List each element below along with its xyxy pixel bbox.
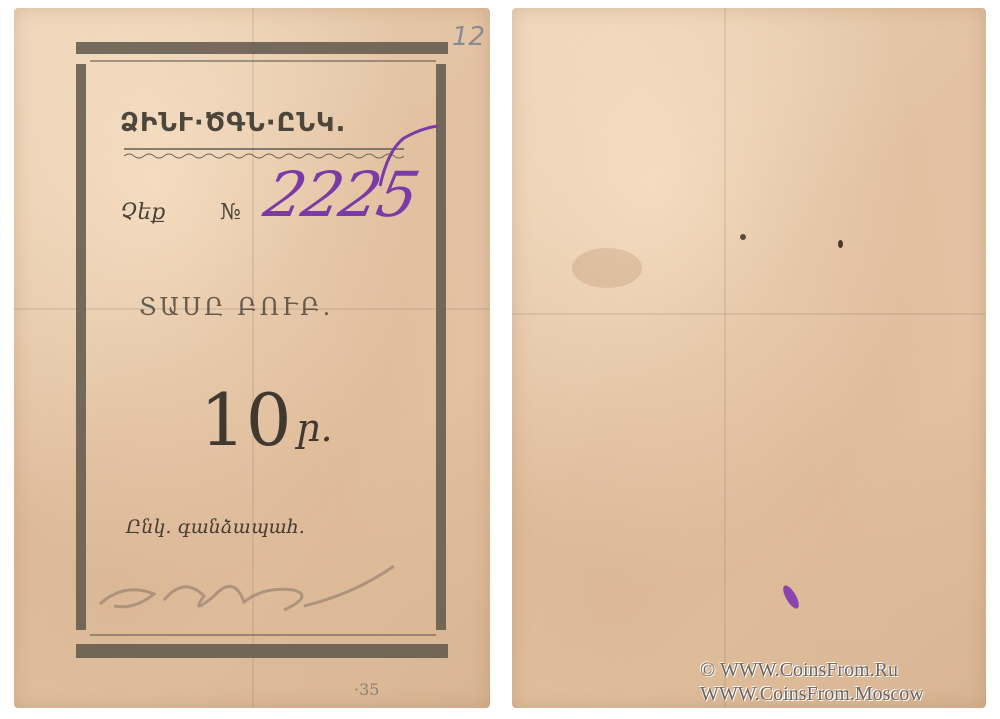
denomination-unit: ր. [296, 406, 333, 450]
watermark-line-2: WWW.CoinsFrom.Moscow [700, 682, 924, 706]
banknote-front: ՁԻՆՒ·ԾԳՆ·ԸՆԿ. Չեք № 2225 ՏԱՍԸ ԲՈՒԲ. 10 ր… [14, 8, 490, 708]
signer-title: Ընկ. գանձապահ. [126, 516, 305, 538]
signature-icon [94, 556, 424, 626]
pencil-mark-35: ·35 [354, 680, 379, 699]
pencil-mark-12: 12 [452, 22, 485, 52]
spot [740, 234, 746, 240]
fold-crease [512, 313, 986, 315]
stain [572, 248, 642, 288]
issuer-header: ՁԻՆՒ·ԾԳՆ·ԸՆԿ. [120, 108, 346, 138]
denomination-value: 10 [200, 378, 292, 462]
spot [838, 240, 843, 248]
denomination-words: ՏԱՍԸ ԲՈՒԲ. [139, 293, 333, 321]
stamp-flourish-icon [374, 120, 444, 190]
fold-crease [724, 8, 726, 708]
violet-stamp-mark [780, 583, 802, 611]
top-border-bar [76, 42, 448, 54]
cheque-label: Չեք [120, 200, 165, 225]
watermark: © WWW.CoinsFrom.Ru WWW.CoinsFrom.Moscow [700, 658, 924, 706]
banknote-back [512, 8, 986, 708]
top-border-line [90, 60, 436, 62]
watermark-line-1: © WWW.CoinsFrom.Ru [700, 658, 924, 682]
left-border-bar [76, 64, 86, 630]
number-sign: № [220, 200, 241, 225]
header-underline [124, 148, 404, 150]
bottom-border-line [90, 634, 436, 636]
bottom-border-bar [76, 644, 448, 658]
